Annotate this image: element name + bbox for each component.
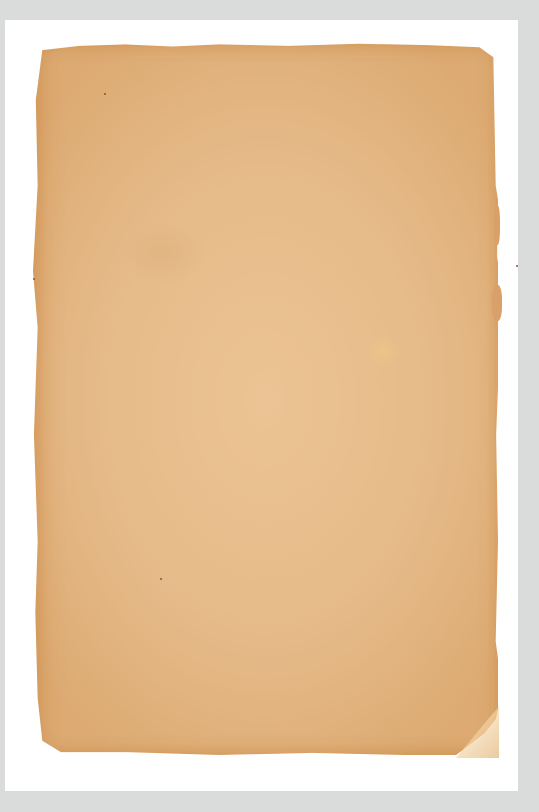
aged-paper-sheet [33, 43, 498, 755]
stain-speck [516, 265, 518, 267]
stain-speck [104, 93, 106, 95]
stain-speck [33, 278, 35, 280]
torn-edge [492, 285, 502, 321]
torn-edge [494, 205, 500, 245]
stain-speck [160, 578, 162, 580]
